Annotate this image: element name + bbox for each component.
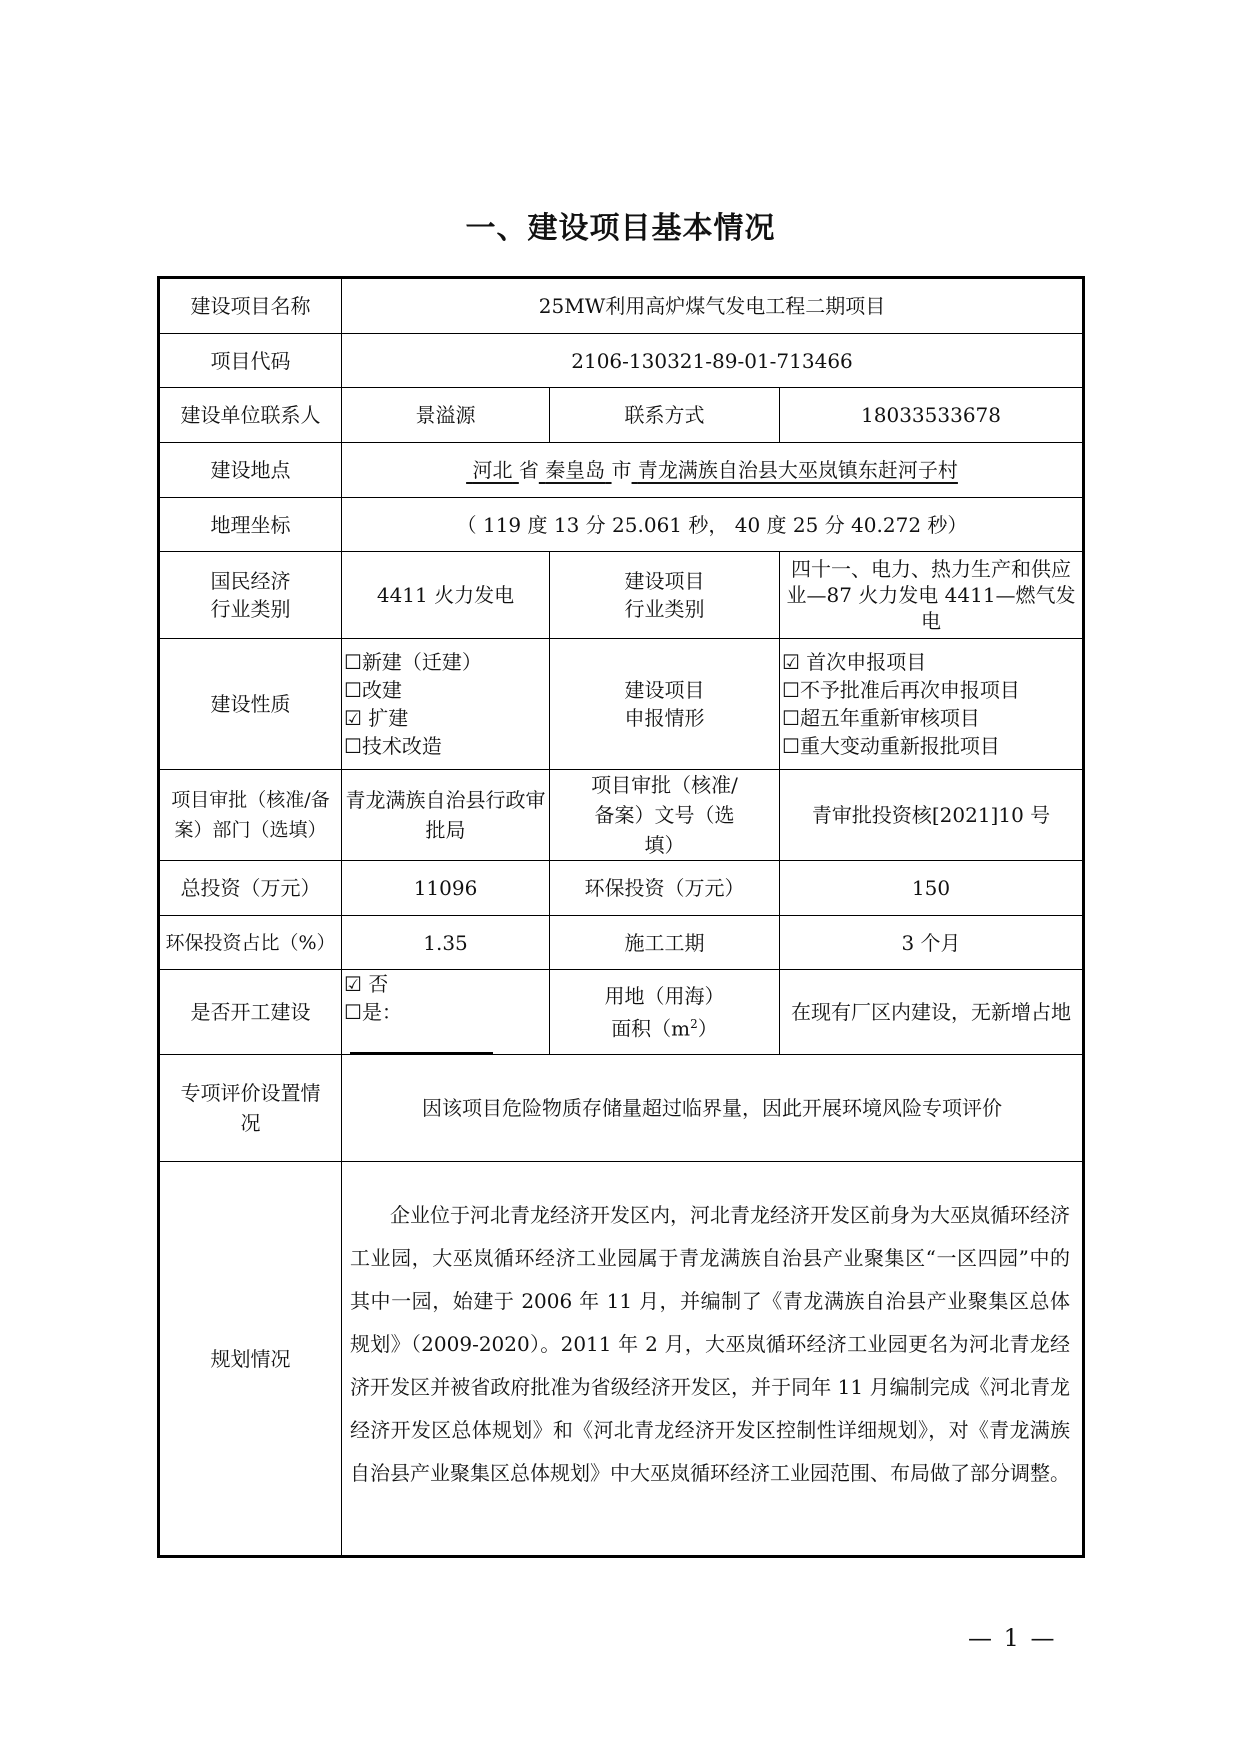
label-env-investment: 环保投资（万元） xyxy=(550,861,780,916)
row-location: 建设地点 河北 省 秦皇岛 市 青龙满族自治县大巫岚镇东赶河子村 xyxy=(159,443,1084,498)
label-industry: 国民经济行业类别 xyxy=(159,552,342,639)
value-project-name: 25MW利用高炉煤气发电工程二期项目 xyxy=(342,278,1084,334)
checkbox-checked-icon: ☑ xyxy=(344,972,362,996)
row-approval: 项目审批（核准/备案）部门（选填） 青龙满族自治县行政审批局 项目审批（核准/备… xyxy=(159,770,1084,861)
value-coordinates: （ 119 度 13 分 25.061 秒， 40 度 25 分 40.272 … xyxy=(342,498,1084,552)
label-project-code: 项目代码 xyxy=(159,334,342,388)
label-env-ratio: 环保投资占比（%） xyxy=(159,916,342,970)
location-city-suffix: 市 xyxy=(612,458,632,482)
label-report: 建设项目申报情形 xyxy=(550,639,780,770)
report-options: ☑ 首次申报项目 ☐不予批准后再次申报项目 ☐超五年重新审核项目 ☐重大变动重新… xyxy=(780,639,1084,770)
location-province-suffix: 省 xyxy=(519,458,539,482)
blank-fill-line xyxy=(350,1032,493,1054)
row-nature: 建设性质 ☐新建（迁建） ☐改建 ☑ 扩建 ☐技术改造 建设项目申报情形 ☑ 首… xyxy=(159,639,1084,770)
checkbox-checked-icon: ☑ xyxy=(344,706,362,730)
report-option-first[interactable]: ☑ 首次申报项目 xyxy=(782,648,1080,676)
checkbox-icon: ☐ xyxy=(782,706,800,730)
label-project-name: 建设项目名称 xyxy=(159,278,342,334)
location-province: 河北 xyxy=(466,458,519,482)
value-location: 河北 省 秦皇岛 市 青龙满族自治县大巫岚镇东赶河子村 xyxy=(342,443,1084,498)
label-contact-method: 联系方式 xyxy=(550,388,780,443)
label-coordinates: 地理坐标 xyxy=(159,498,342,552)
label-planning: 规划情况 xyxy=(159,1162,342,1557)
label-approval-doc: 项目审批（核准/备案）文号（选填） xyxy=(550,770,780,861)
nature-option-tech[interactable]: ☐技术改造 xyxy=(344,732,547,760)
label-contact: 建设单位联系人 xyxy=(159,388,342,443)
started-option-yes[interactable]: ☐是： xyxy=(344,998,547,1054)
label-special: 专项评价设置情况 xyxy=(159,1055,342,1162)
row-started: 是否开工建设 ☑ 否 ☐是： 用地（用海） 面积（m2） 在现有厂区内建设，无新… xyxy=(159,970,1084,1055)
label-started: 是否开工建设 xyxy=(159,970,342,1055)
nature-option-rebuild[interactable]: ☐改建 xyxy=(344,676,547,704)
row-project-name: 建设项目名称 25MW利用高炉煤气发电工程二期项目 xyxy=(159,278,1084,334)
value-project-industry: 四十一、电力、热力生产和供应业—87 火力发电 4411—燃气发电 xyxy=(780,552,1084,639)
value-env-ratio: 1.35 xyxy=(342,916,550,970)
row-industry: 国民经济行业类别 4411 火力发电 建设项目行业类别 四十一、电力、热力生产和… xyxy=(159,552,1084,639)
checkbox-icon: ☐ xyxy=(782,734,800,758)
value-contact: 景溢源 xyxy=(342,388,550,443)
row-special: 专项评价设置情况 因该项目危险物质存储量超过临界量，因此开展环境风险专项评价 xyxy=(159,1055,1084,1162)
value-project-code: 2106-130321-89-01-713466 xyxy=(342,334,1084,388)
row-ratio: 环保投资占比（%） 1.35 施工工期 3 个月 xyxy=(159,916,1084,970)
location-city: 秦皇岛 xyxy=(539,458,612,482)
checkbox-icon: ☐ xyxy=(344,650,362,674)
checkbox-icon: ☐ xyxy=(782,678,800,702)
checkbox-icon: ☐ xyxy=(344,1000,362,1024)
value-contact-method: 18033533678 xyxy=(780,388,1084,443)
label-total-investment: 总投资（万元） xyxy=(159,861,342,916)
value-special: 因该项目危险物质存储量超过临界量，因此开展环境风险专项评价 xyxy=(342,1055,1084,1162)
label-land-area: 用地（用海） 面积（m2） xyxy=(550,970,780,1055)
label-location: 建设地点 xyxy=(159,443,342,498)
location-detail: 青龙满族自治县大巫岚镇东赶河子村 xyxy=(632,458,958,482)
row-project-code: 项目代码 2106-130321-89-01-713466 xyxy=(159,334,1084,388)
value-construction-period: 3 个月 xyxy=(780,916,1084,970)
checkbox-checked-icon: ☑ xyxy=(782,650,800,674)
row-coordinates: 地理坐标 （ 119 度 13 分 25.061 秒， 40 度 25 分 40… xyxy=(159,498,1084,552)
started-option-no[interactable]: ☑ 否 xyxy=(344,970,547,998)
page-title: 一、建设项目基本情况 xyxy=(0,203,1241,247)
nature-options: ☐新建（迁建） ☐改建 ☑ 扩建 ☐技术改造 xyxy=(342,639,550,770)
report-option-resubmit[interactable]: ☐不予批准后再次申报项目 xyxy=(782,676,1080,704)
value-industry: 4411 火力发电 xyxy=(342,552,550,639)
project-info-table: 建设项目名称 25MW利用高炉煤气发电工程二期项目 项目代码 2106-1303… xyxy=(157,276,1085,1558)
value-land-area: 在现有厂区内建设，无新增占地 xyxy=(780,970,1084,1055)
checkbox-icon: ☐ xyxy=(344,734,362,758)
started-options: ☑ 否 ☐是： xyxy=(342,970,550,1055)
checkbox-icon: ☐ xyxy=(344,678,362,702)
label-project-industry: 建设项目行业类别 xyxy=(550,552,780,639)
value-approval-doc: 青审批投资核[2021]10 号 xyxy=(780,770,1084,861)
value-total-investment: 11096 xyxy=(342,861,550,916)
page-number: — 1 — xyxy=(968,1624,1057,1652)
value-planning: 企业位于河北青龙经济开发区内，河北青龙经济开发区前身为大巫岚循环经济工业园，大巫… xyxy=(342,1162,1084,1557)
row-contact: 建设单位联系人 景溢源 联系方式 18033533678 xyxy=(159,388,1084,443)
nature-option-new[interactable]: ☐新建（迁建） xyxy=(344,648,547,676)
label-construction-period: 施工工期 xyxy=(550,916,780,970)
label-nature: 建设性质 xyxy=(159,639,342,770)
nature-option-expand[interactable]: ☑ 扩建 xyxy=(344,704,547,732)
row-planning: 规划情况 企业位于河北青龙经济开发区内，河北青龙经济开发区前身为大巫岚循环经济工… xyxy=(159,1162,1084,1557)
report-option-five-year[interactable]: ☐超五年重新审核项目 xyxy=(782,704,1080,732)
report-option-major-change[interactable]: ☐重大变动重新报批项目 xyxy=(782,732,1080,760)
row-investment: 总投资（万元） 11096 环保投资（万元） 150 xyxy=(159,861,1084,916)
value-env-investment: 150 xyxy=(780,861,1084,916)
label-approval-dept: 项目审批（核准/备案）部门（选填） xyxy=(159,770,342,861)
value-approval-dept: 青龙满族自治县行政审批局 xyxy=(342,770,550,861)
